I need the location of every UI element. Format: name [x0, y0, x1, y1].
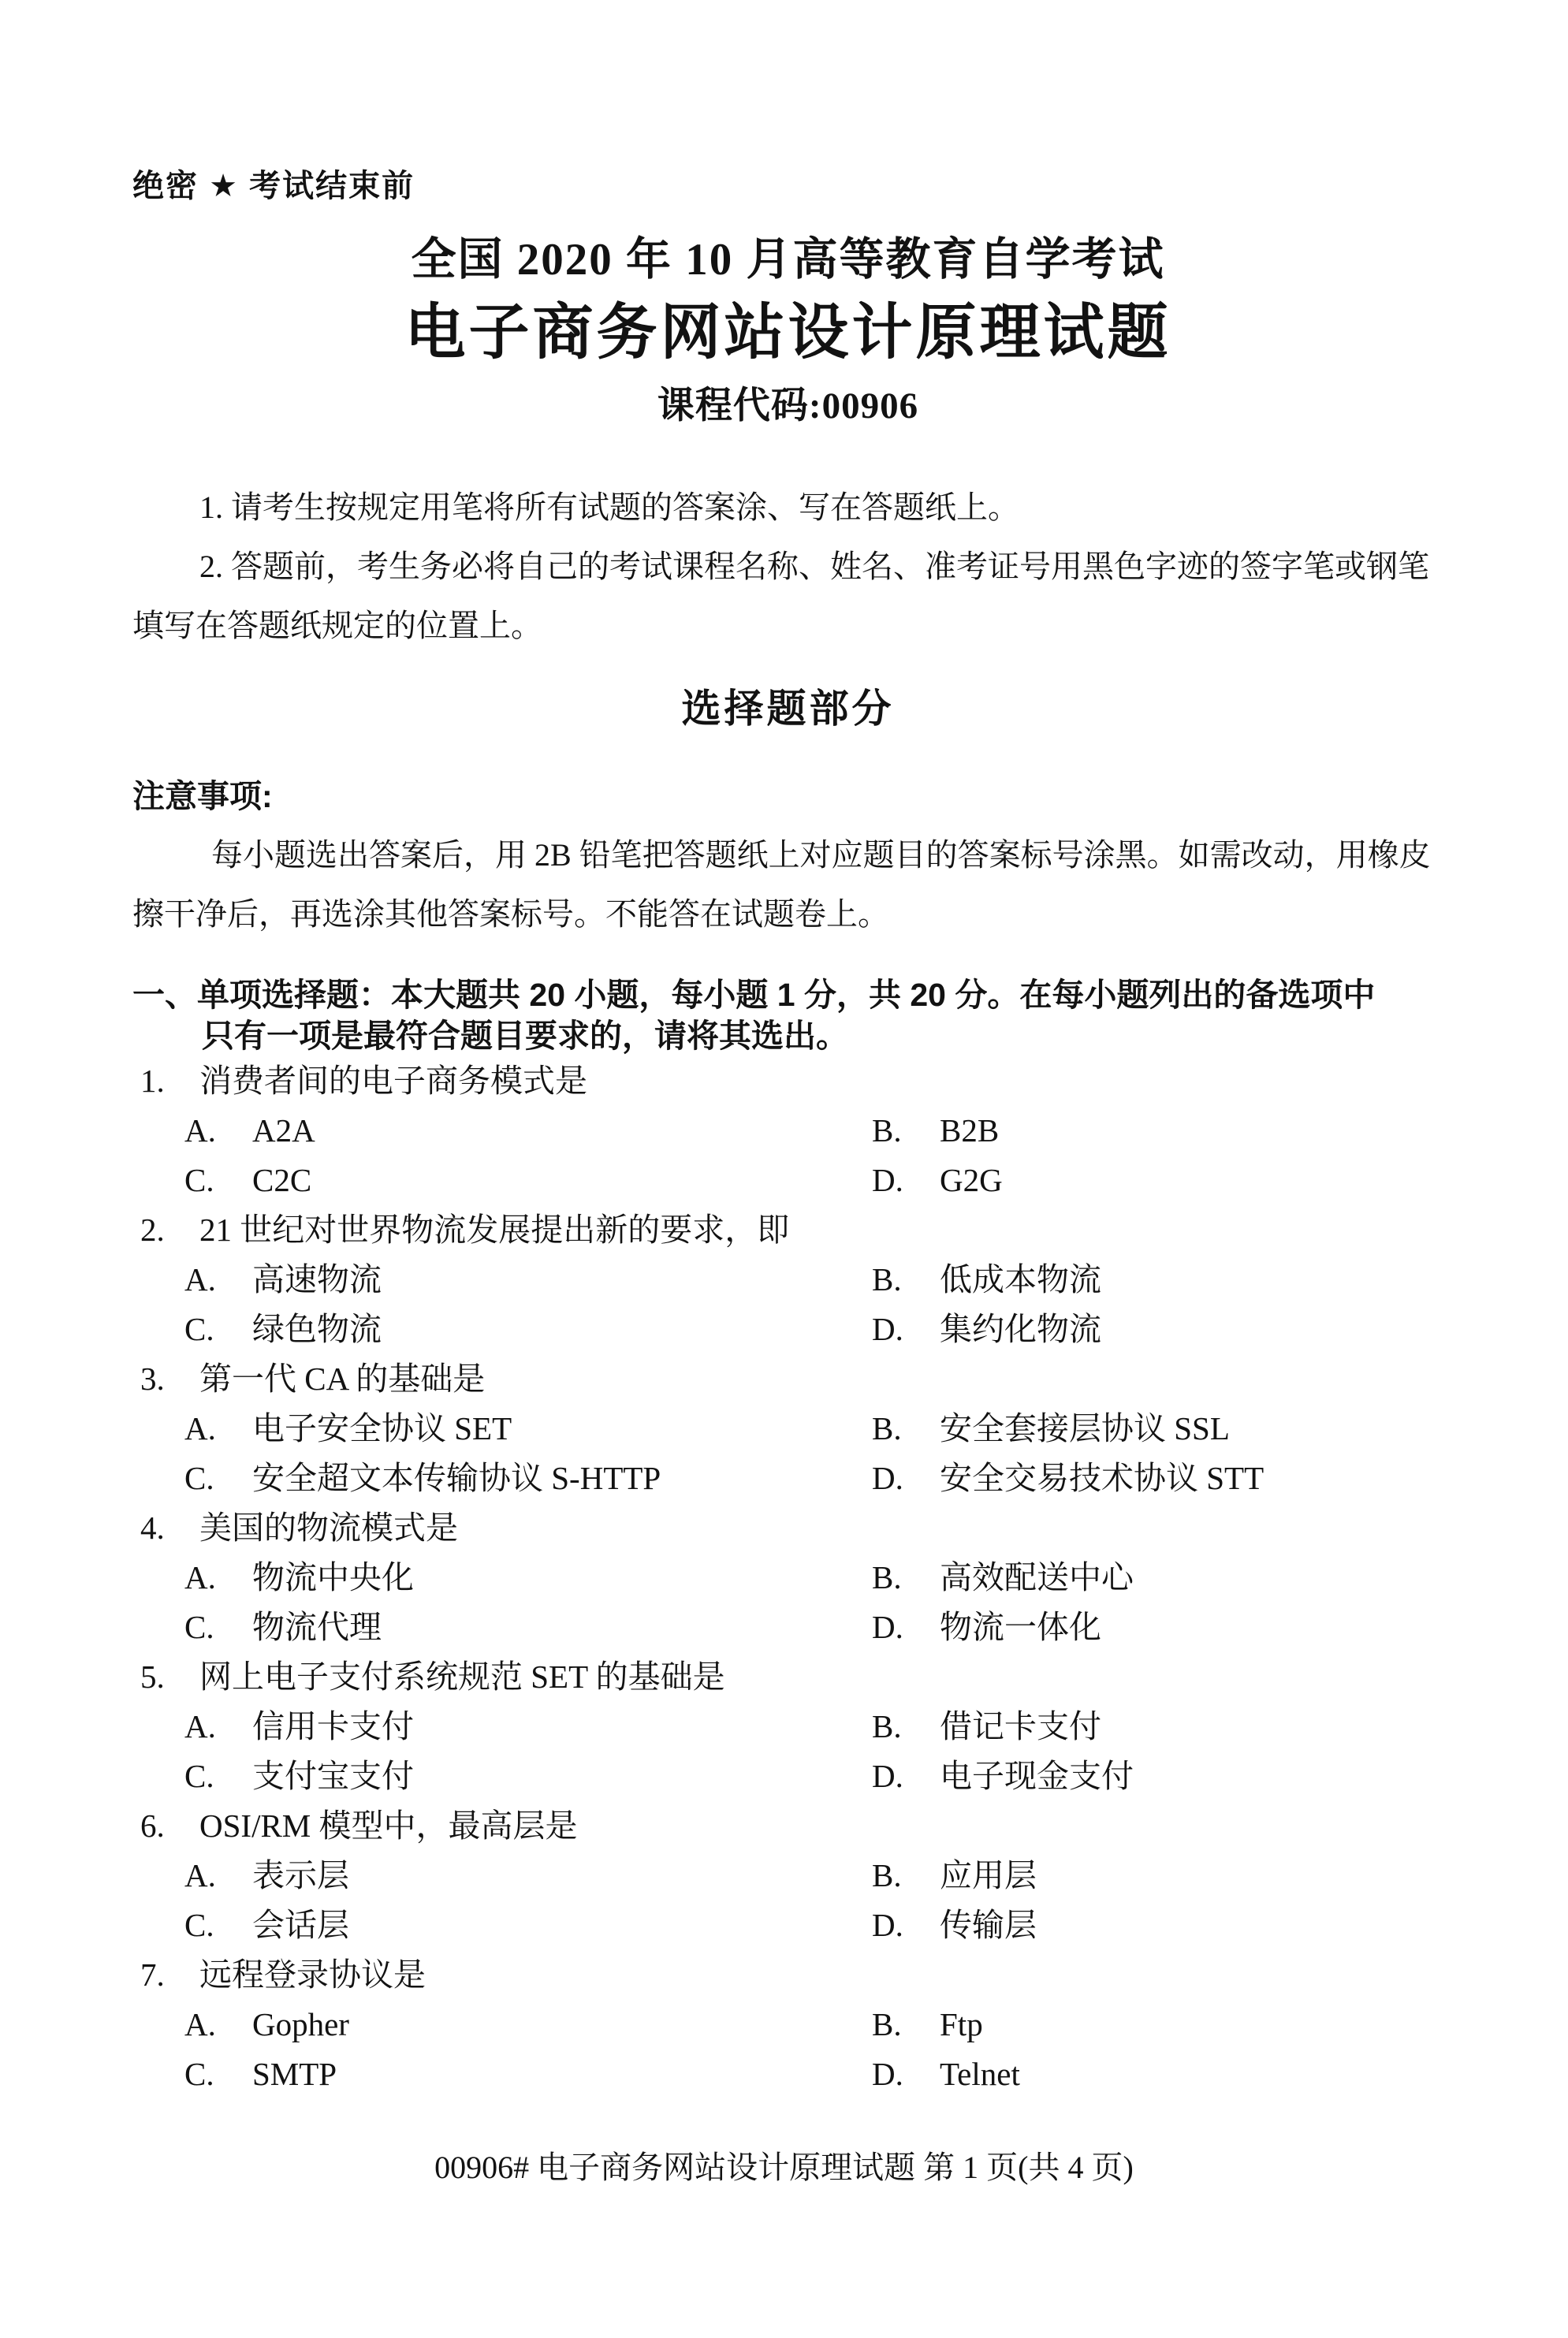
option-label: D. [872, 1603, 940, 1652]
option-row: A.A2A B.B2B [132, 1106, 1443, 1156]
course-code: 课程代码:00906 [132, 382, 1443, 430]
exam-paper-page: 绝密 ★ 考试结束前 全国 2020 年 10 月高等教育自学考试 电子商务网站… [0, 0, 1568, 2338]
option-label: A. [184, 1553, 252, 1603]
option-b: B.低成本物流 [872, 1255, 1443, 1305]
option-a: A.表示层 [184, 1851, 872, 1901]
option-text: 高效配送中心 [940, 1559, 1134, 1595]
question-number: 2. [140, 1205, 199, 1255]
exam-title: 全国 2020 年 10 月高等教育自学考试 [132, 229, 1443, 292]
question-text: 消费者间的电子商务模式是 [199, 1063, 587, 1099]
option-label: C. [184, 2049, 252, 2099]
question-text: 美国的物流模式是 [199, 1510, 458, 1546]
option-b: B.借记卡支付 [872, 1702, 1443, 1752]
question-number: 4. [140, 1503, 199, 1553]
option-row: C.C2C D.G2G [132, 1156, 1443, 1205]
option-label: C. [184, 1156, 252, 1205]
option-text: Gopher [252, 2006, 349, 2042]
option-a: A.电子安全协议 SET [184, 1404, 872, 1454]
question-stem: 2.21 世纪对世界物流发展提出新的要求，即 [132, 1205, 1443, 1255]
option-label: B. [872, 1851, 940, 1901]
option-c: C.物流代理 [184, 1603, 872, 1652]
option-text: 会话层 [252, 1907, 349, 1943]
option-d: D.Telnet [872, 2049, 1443, 2099]
option-b: B.Ftp [872, 2000, 1443, 2049]
option-row: A.表示层 B.应用层 [132, 1851, 1443, 1901]
question-5: 5.网上电子支付系统规范 SET 的基础是 A.信用卡支付 B.借记卡支付 C.… [132, 1652, 1443, 1801]
option-b: B.应用层 [872, 1851, 1443, 1901]
question-number: 3. [140, 1354, 199, 1404]
option-d: D.传输层 [872, 1901, 1443, 1950]
option-text: B2B [940, 1112, 999, 1149]
option-a: A.物流中央化 [184, 1553, 872, 1603]
question-text: 21 世纪对世界物流发展提出新的要求，即 [199, 1212, 789, 1248]
option-c: C.C2C [184, 1156, 872, 1205]
option-label: A. [184, 1851, 252, 1901]
option-text: 绿色物流 [252, 1311, 382, 1347]
option-text: 物流一体化 [940, 1609, 1101, 1645]
option-a: A.高速物流 [184, 1255, 872, 1305]
option-label: A. [184, 1404, 252, 1454]
option-text: 支付宝支付 [252, 1758, 414, 1794]
notes-line2: 擦干净后，再选涂其他答案标号。不能答在试题卷上。 [132, 895, 1443, 933]
question-stem: 4.美国的物流模式是 [132, 1503, 1443, 1553]
option-text: 电子安全协议 SET [252, 1410, 512, 1446]
question-number: 1. [140, 1056, 199, 1106]
option-text: 物流代理 [252, 1609, 382, 1645]
option-text: SMTP [252, 2056, 337, 2092]
option-d: D.电子现金支付 [872, 1752, 1443, 1801]
question-number: 6. [140, 1801, 199, 1851]
question-stem: 5.网上电子支付系统规范 SET 的基础是 [132, 1652, 1443, 1702]
option-row: C.物流代理 D.物流一体化 [132, 1603, 1443, 1652]
instruction-2-line2: 填写在答题纸规定的位置上。 [132, 607, 1443, 645]
option-text: 应用层 [940, 1857, 1037, 1893]
part1-heading-line1: 一、单项选择题：本大题共 20 小题，每小题 1 分，共 20 分。在每小题列出… [132, 974, 1443, 1015]
option-b: B.安全套接层协议 SSL [872, 1404, 1443, 1454]
option-row: A.信用卡支付 B.借记卡支付 [132, 1702, 1443, 1752]
option-row: A.Gopher B.Ftp [132, 2000, 1443, 2049]
option-text: 信用卡支付 [252, 1708, 414, 1744]
instruction-1: 1. 请考生按规定用笔将所有试题的答案涂、写在答题纸上。 [132, 489, 1443, 527]
question-2: 2.21 世纪对世界物流发展提出新的要求，即 A.高速物流 B.低成本物流 C.… [132, 1205, 1443, 1354]
option-label: A. [184, 1106, 252, 1156]
option-label: B. [872, 1106, 940, 1156]
question-number: 7. [140, 1950, 199, 2000]
option-text: 安全套接层协议 SSL [940, 1410, 1230, 1446]
option-text: 电子现金支付 [940, 1758, 1134, 1794]
option-a: A.A2A [184, 1106, 872, 1156]
option-label: B. [872, 1702, 940, 1752]
option-label: B. [872, 1404, 940, 1454]
question-text: OSI/RM 模型中，最高层是 [199, 1807, 578, 1844]
question-3: 3.第一代 CA 的基础是 A.电子安全协议 SET B.安全套接层协议 SSL… [132, 1354, 1443, 1503]
option-label: D. [872, 1305, 940, 1354]
notes-line1: 每小题选出答案后，用 2B 铅笔把答题纸上对应题目的答案标号涂黑。如需改动，用橡… [132, 836, 1443, 874]
option-label: C. [184, 1752, 252, 1801]
question-text: 网上电子支付系统规范 SET 的基础是 [199, 1659, 725, 1695]
section-title: 选择题部分 [132, 684, 1443, 733]
option-label: B. [872, 2000, 940, 2049]
option-row: C.支付宝支付 D.电子现金支付 [132, 1752, 1443, 1801]
option-label: D. [872, 2049, 940, 2099]
option-d: D.物流一体化 [872, 1603, 1443, 1652]
option-label: A. [184, 1702, 252, 1752]
option-row: A.电子安全协议 SET B.安全套接层协议 SSL [132, 1404, 1443, 1454]
notes-label: 注意事项: [132, 776, 1443, 816]
option-label: B. [872, 1255, 940, 1305]
option-text: 安全交易技术协议 STT [940, 1460, 1264, 1496]
question-list: 1.消费者间的电子商务模式是 A.A2A B.B2B C.C2C D.G2G 2… [132, 1056, 1443, 2099]
page-footer: 00906# 电子商务网站设计原理试题 第 1 页(共 4 页) [0, 2146, 1568, 2190]
option-label: C. [184, 1454, 252, 1503]
question-stem: 7.远程登录协议是 [132, 1950, 1443, 2000]
option-text: 借记卡支付 [940, 1708, 1101, 1744]
question-7: 7.远程登录协议是 A.Gopher B.Ftp C.SMTP D.Telnet [132, 1950, 1443, 2099]
question-stem: 6.OSI/RM 模型中，最高层是 [132, 1801, 1443, 1851]
option-text: 传输层 [940, 1907, 1037, 1943]
option-text: Telnet [940, 2056, 1020, 2092]
question-number: 5. [140, 1652, 199, 1702]
secrecy-notice: 绝密 ★ 考试结束前 [132, 0, 1443, 205]
option-b: B.B2B [872, 1106, 1443, 1156]
question-stem: 1.消费者间的电子商务模式是 [132, 1056, 1443, 1106]
option-label: C. [184, 1603, 252, 1652]
part1-heading-line2: 只有一项是最符合题目要求的，请将其选出。 [132, 1015, 1443, 1056]
option-row: C.安全超文本传输协议 S-HTTP D.安全交易技术协议 STT [132, 1454, 1443, 1503]
question-stem: 3.第一代 CA 的基础是 [132, 1354, 1443, 1404]
option-text: 集约化物流 [940, 1311, 1101, 1347]
option-text: 高速物流 [252, 1261, 382, 1297]
option-a: A.信用卡支付 [184, 1702, 872, 1752]
option-text: G2G [940, 1162, 1003, 1198]
option-d: D.安全交易技术协议 STT [872, 1454, 1443, 1503]
option-row: C.SMTP D.Telnet [132, 2049, 1443, 2099]
option-row: A.高速物流 B.低成本物流 [132, 1255, 1443, 1305]
option-c: C.安全超文本传输协议 S-HTTP [184, 1454, 872, 1503]
paper-title: 电子商务网站设计原理试题 [132, 293, 1443, 372]
option-label: D. [872, 1156, 940, 1205]
option-c: C.绿色物流 [184, 1305, 872, 1354]
question-text: 第一代 CA 的基础是 [199, 1361, 485, 1397]
option-text: C2C [252, 1162, 311, 1198]
option-label: C. [184, 1305, 252, 1354]
option-b: B.高效配送中心 [872, 1553, 1443, 1603]
option-text: Ftp [940, 2006, 983, 2042]
option-row: C.会话层 D.传输层 [132, 1901, 1443, 1950]
question-text: 远程登录协议是 [199, 1956, 426, 1993]
option-a: A.Gopher [184, 2000, 872, 2049]
option-label: D. [872, 1752, 940, 1801]
option-d: D.集约化物流 [872, 1305, 1443, 1354]
option-label: D. [872, 1901, 940, 1950]
option-label: C. [184, 1901, 252, 1950]
option-c: C.SMTP [184, 2049, 872, 2099]
option-row: C.绿色物流 D.集约化物流 [132, 1305, 1443, 1354]
option-label: A. [184, 1255, 252, 1305]
option-text: 低成本物流 [940, 1261, 1101, 1297]
question-1: 1.消费者间的电子商务模式是 A.A2A B.B2B C.C2C D.G2G [132, 1056, 1443, 1205]
question-6: 6.OSI/RM 模型中，最高层是 A.表示层 B.应用层 C.会话层 D.传输… [132, 1801, 1443, 1950]
option-row: A.物流中央化 B.高效配送中心 [132, 1553, 1443, 1603]
question-4: 4.美国的物流模式是 A.物流中央化 B.高效配送中心 C.物流代理 D.物流一… [132, 1503, 1443, 1652]
option-label: D. [872, 1454, 940, 1503]
option-text: 物流中央化 [252, 1559, 414, 1595]
option-d: D.G2G [872, 1156, 1443, 1205]
instruction-2-line1: 2. 答题前，考生务必将自己的考试课程名称、姓名、准考证号用黑色字迹的签字笔或钢… [132, 548, 1443, 586]
option-label: B. [872, 1553, 940, 1603]
option-c: C.支付宝支付 [184, 1752, 872, 1801]
option-text: 安全超文本传输协议 S-HTTP [252, 1460, 661, 1496]
option-label: A. [184, 2000, 252, 2049]
option-text: 表示层 [252, 1857, 349, 1893]
option-c: C.会话层 [184, 1901, 872, 1950]
option-text: A2A [252, 1112, 315, 1149]
